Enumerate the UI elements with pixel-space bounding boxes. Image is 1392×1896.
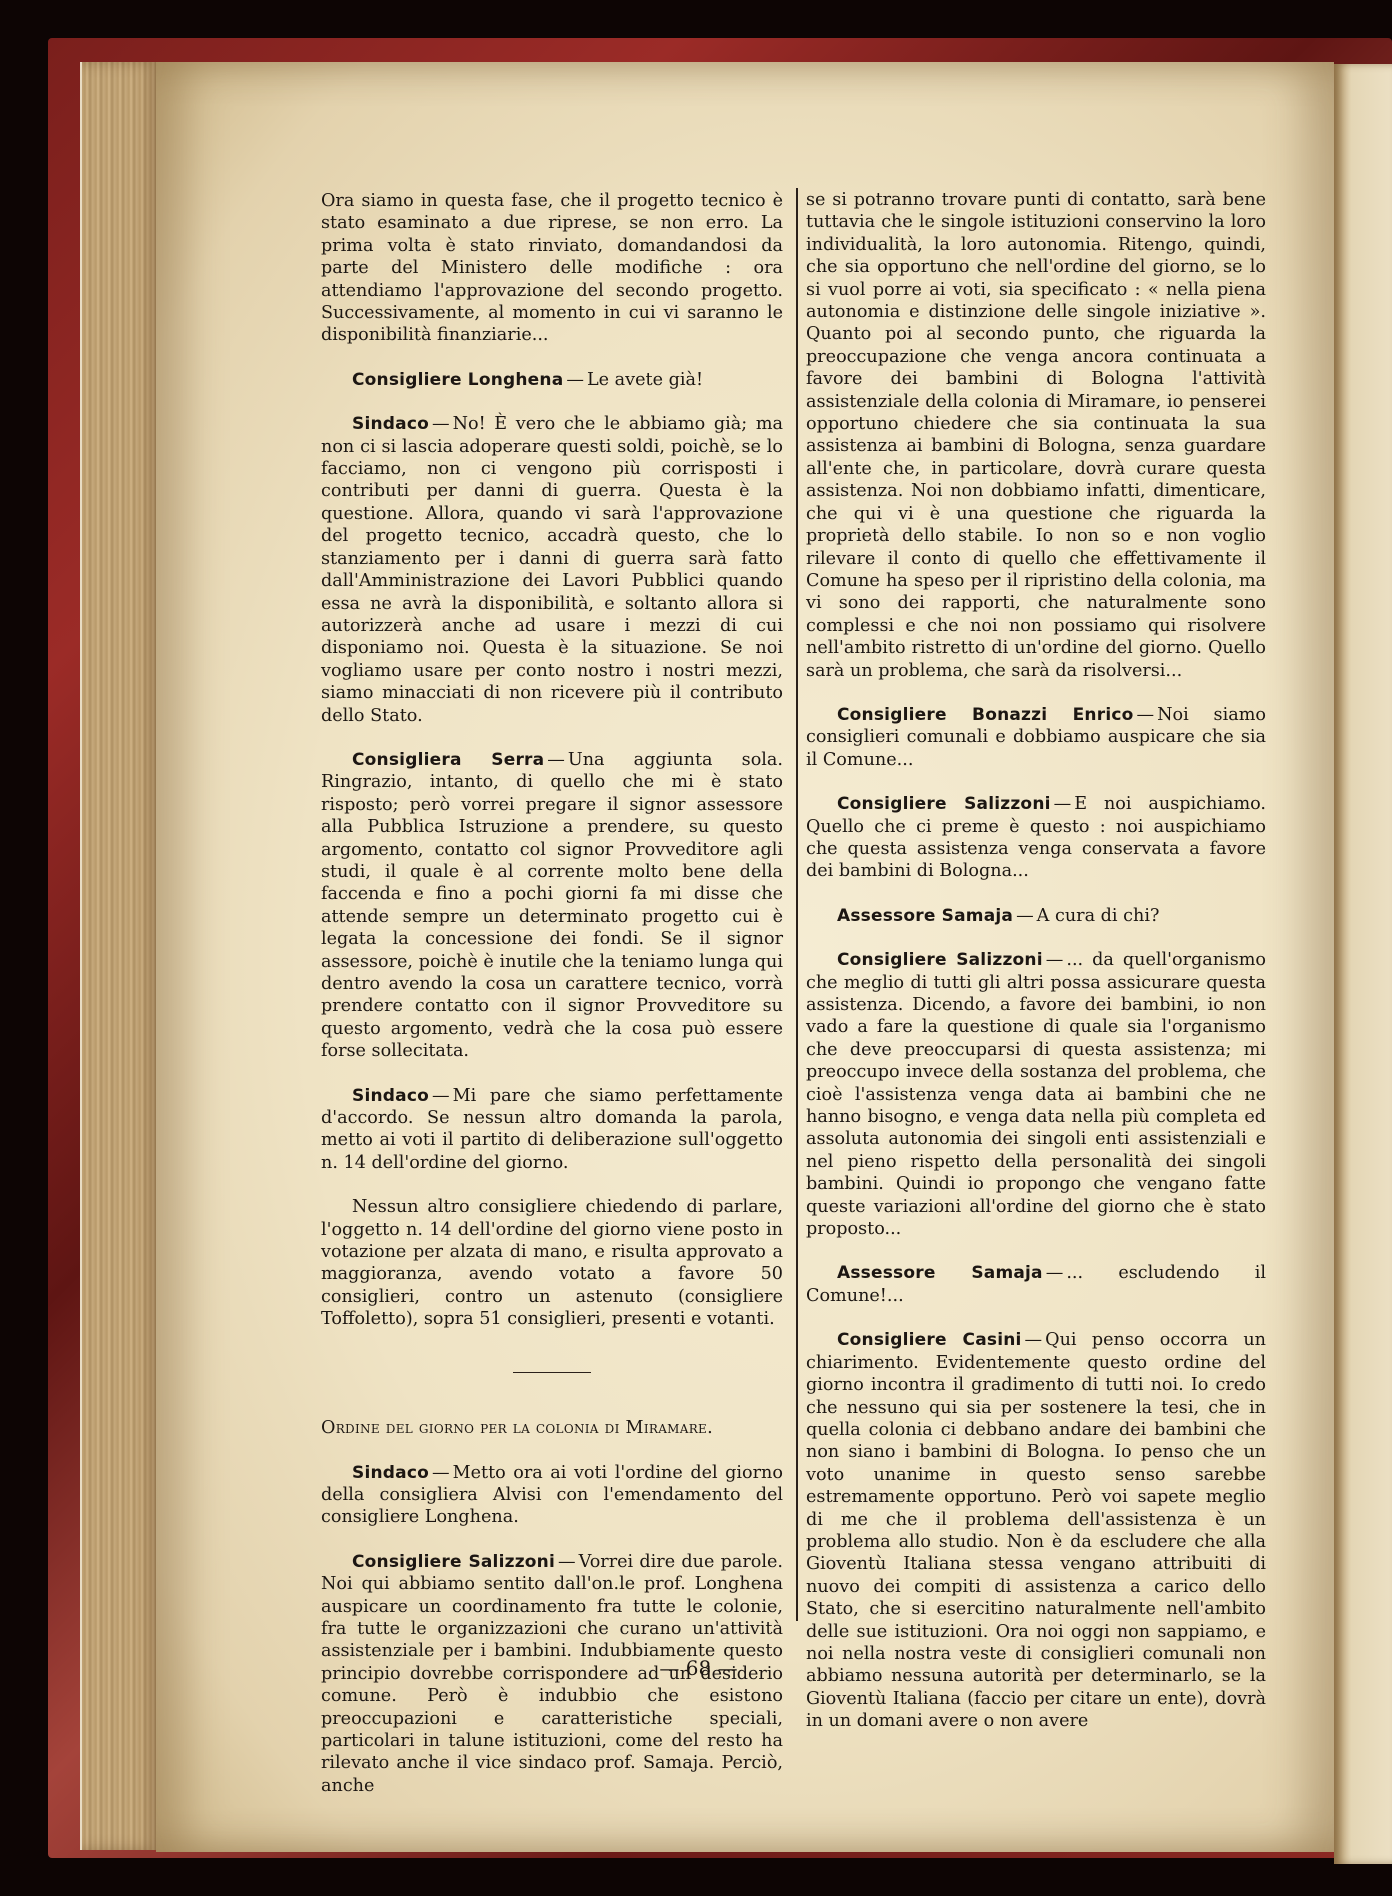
- em-dash: —: [1022, 1330, 1046, 1350]
- em-dash: —: [429, 1086, 453, 1106]
- opening-paragraph: Ora siamo in questa fase, che il progett…: [321, 190, 783, 347]
- speaker-name: Consigliera Serra: [352, 750, 544, 770]
- em-dash: —: [1013, 906, 1037, 926]
- speaker-name: Sindaco: [352, 414, 429, 434]
- page-number: — 68 —: [0, 1656, 1392, 1680]
- em-dash: —: [555, 1552, 579, 1572]
- right-column: se si potranno trovare punti di contatto…: [806, 189, 1266, 1733]
- speech-serra: Consigliera Serra—Una aggiunta sola. Rin…: [321, 749, 783, 1063]
- em-dash: —: [429, 414, 453, 434]
- speaker-name: Consigliere Salizzoni: [837, 950, 1043, 970]
- em-dash: —: [563, 370, 587, 390]
- continuation-paragraph: se si potranno trovare punti di contatto…: [806, 189, 1266, 682]
- speech-samaja-1: Assessore Samaja—A cura di chi?: [806, 905, 1266, 927]
- speaker-name: Assessore Samaja: [837, 1263, 1043, 1283]
- speech-samaja-2: Assessore Samaja—... escludendo il Comun…: [806, 1262, 1266, 1307]
- speaker-name: Sindaco: [352, 1463, 429, 1483]
- section-divider: [513, 1372, 591, 1374]
- speech-longhena: Consigliere Longhena—Le avete già!: [321, 369, 783, 391]
- em-dash: —: [1043, 1263, 1067, 1283]
- speaker-name: Consigliere Salizzoni: [837, 794, 1051, 814]
- em-dash: —: [1134, 705, 1158, 725]
- speaker-name: Assessore Samaja: [837, 906, 1013, 926]
- speech-text: Le avete già!: [587, 370, 703, 390]
- page-edge-stack: [80, 62, 160, 1850]
- speech-text: ... da quell'organismo che meglio di tut…: [806, 950, 1266, 1239]
- speaker-name: Consigliere Salizzoni: [352, 1552, 555, 1572]
- speech-sindaco-3: Sindaco—Metto ora ai voti l'ordine del g…: [321, 1462, 783, 1529]
- speaker-name: Consigliere Longhena: [352, 370, 563, 390]
- speech-sindaco-2: Sindaco—Mi pare che siamo perfettamente …: [321, 1085, 783, 1175]
- speech-bonazzi: Consigliere Bonazzi Enrico—Noi siamo con…: [806, 704, 1266, 771]
- speech-text: Una aggiunta sola. Ringrazio, intanto, d…: [321, 750, 783, 1061]
- section-title: Ordine del giorno per la colonia di Mira…: [321, 1417, 783, 1439]
- speaker-name: Sindaco: [352, 1086, 429, 1106]
- em-dash: —: [1043, 950, 1067, 970]
- page-number-text: — 68 —: [659, 1656, 737, 1680]
- em-dash: —: [544, 750, 568, 770]
- speech-salizzoni-3: Consigliere Salizzoni—... da quell'organ…: [806, 949, 1266, 1240]
- left-column: Ora siamo in questa fase, che il progett…: [321, 190, 783, 1797]
- vote-narration: Nessun altro consigliere chiedendo di pa…: [321, 1196, 783, 1330]
- speaker-name: Consigliere Casini: [837, 1330, 1022, 1350]
- em-dash: —: [429, 1463, 453, 1483]
- speech-sindaco-1: Sindaco—No! È vero che le abbiamo già; m…: [321, 413, 783, 727]
- speech-salizzoni-2: Consigliere Salizzoni—E noi auspichiamo.…: [806, 793, 1266, 883]
- next-page-edge: [1334, 64, 1392, 1864]
- column-divider: [796, 188, 798, 1621]
- speaker-name: Consigliere Bonazzi Enrico: [837, 705, 1134, 725]
- speech-text: No! È vero che le abbiamo già; ma non ci…: [321, 414, 783, 725]
- speech-text: A cura di chi?: [1037, 906, 1160, 926]
- em-dash: —: [1051, 794, 1075, 814]
